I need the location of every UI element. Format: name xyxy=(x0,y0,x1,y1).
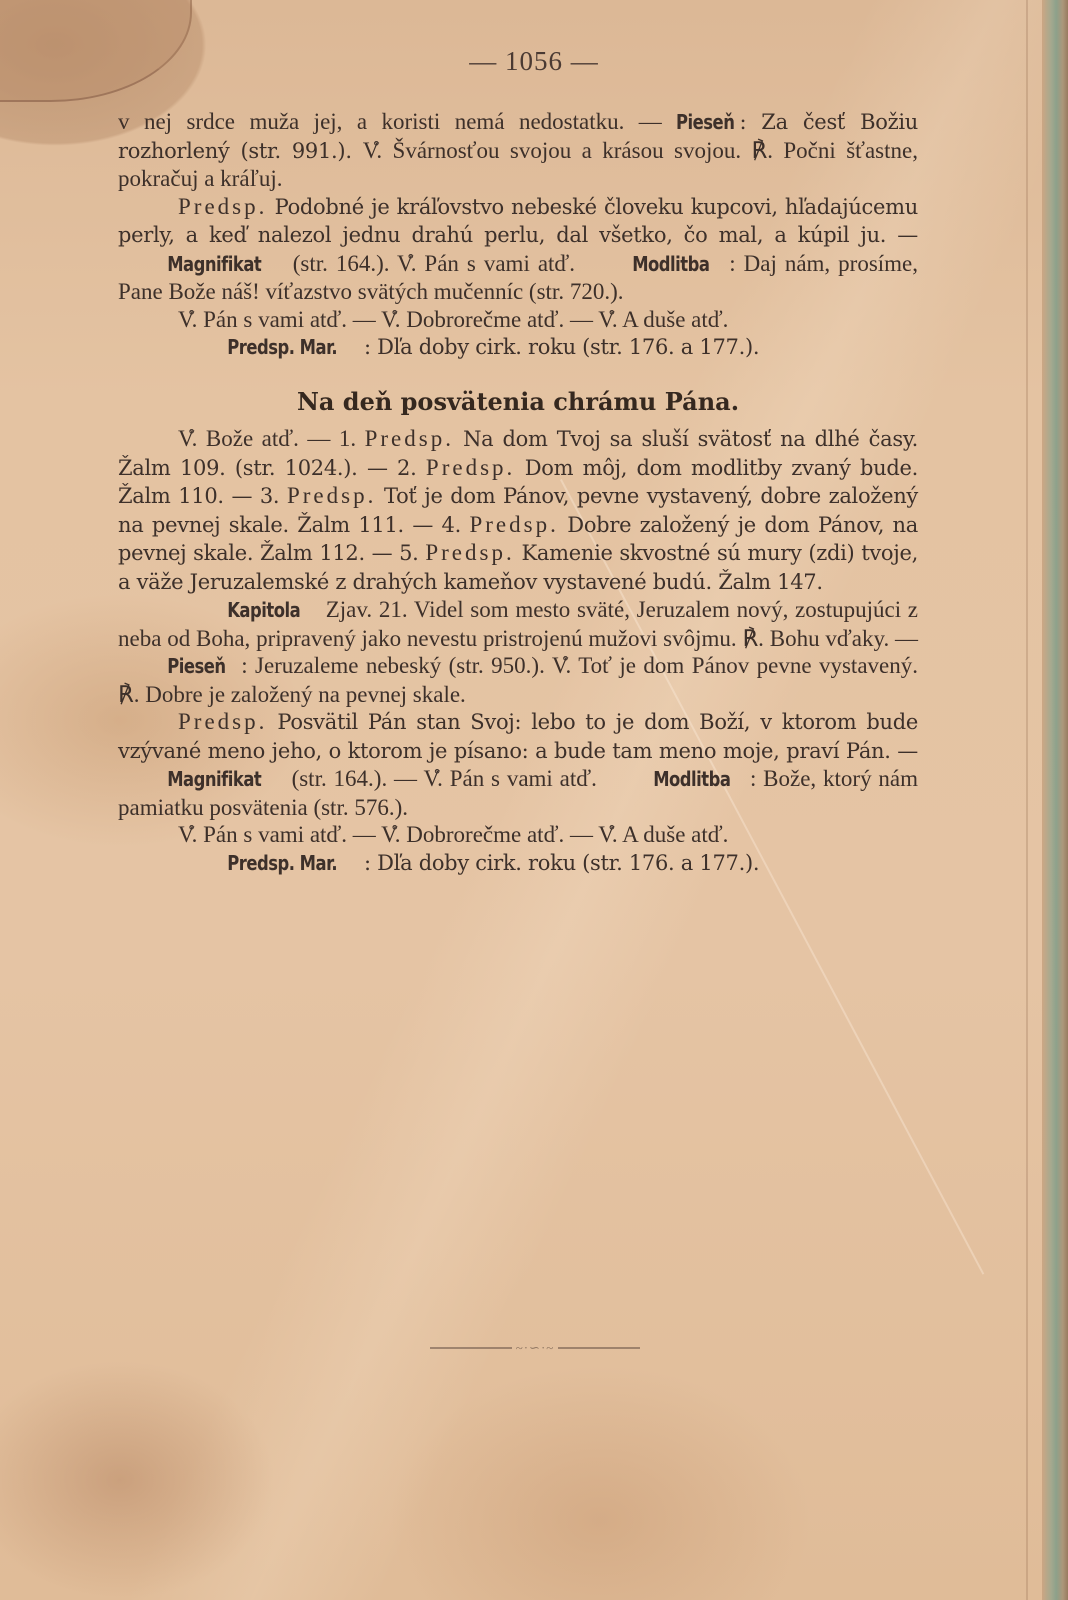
end-ornament: ~·∽·~ xyxy=(430,1342,640,1354)
ornament-flourish-icon: ~·∽·~ xyxy=(512,1340,559,1356)
label-predsp-mar: Predsp. Mar. xyxy=(178,850,337,878)
text: (str. 164.). — V̊. Pán s vami atď. xyxy=(285,766,604,791)
text: V̊. Pán s vami atď. — V̊. Dobrorečme atď… xyxy=(178,307,728,332)
text: : Jeruzaleme nebeský (str. 950.). V̊. To… xyxy=(118,653,918,707)
label-predsp-mar: Predsp. Mar. xyxy=(178,334,337,362)
text: V̊. Bože atď. — 1. xyxy=(178,426,365,451)
label-kapitola: Kapitola xyxy=(178,597,300,625)
label-predsp: Predsp. xyxy=(178,194,267,219)
paragraph-6: Kapitola Zjav. 21. Videl som mesto sväté… xyxy=(118,596,918,708)
label-magnifikat: Magnifikat xyxy=(118,766,261,794)
text: V̊. Pán s vami atď. — V̊. Dobrorečme atď… xyxy=(178,822,728,847)
ornament-rule-right xyxy=(558,1347,640,1349)
text: . Švárnosťou svojou a krásou svojou. xyxy=(376,138,751,163)
paragraph-2: Predsp. Podobné je kráľovstvo nebeské čl… xyxy=(118,193,918,306)
ornament-rule-left xyxy=(430,1347,512,1349)
paragraph-5: V̊. Bože atď. — 1. Predsp. Na dom Tvoj s… xyxy=(118,425,918,596)
paragraph-7: Predsp. Posvätil Pán stan Svoj: lebo to … xyxy=(118,708,918,821)
paragraph-9: Predsp. Mar.: Dľa doby cirk. roku (str. … xyxy=(118,849,918,878)
label-predsp: Predsp. xyxy=(365,426,454,451)
page-number: — 1056 — xyxy=(0,46,1068,77)
text: (str. 164.). V̊. Pán s vami atď. xyxy=(285,251,583,276)
label-modlitba: Modlitba xyxy=(604,766,730,794)
text: : Dľa doby cirk. roku (str. 176. a 177.)… xyxy=(364,335,759,359)
response-mark: ℟ xyxy=(752,138,768,163)
label-magnifikat: Magnifikat xyxy=(118,251,261,279)
label-predsp: Predsp. xyxy=(287,483,376,508)
section-title: Na deň posvätenia chrámu Pána. xyxy=(118,388,918,416)
label-predsp: Predsp. xyxy=(178,709,267,734)
text: : Dľa doby cirk. roku (str. 176. a 177.)… xyxy=(364,851,759,875)
page-edge-line xyxy=(1026,0,1028,1600)
book-spine-edge xyxy=(1042,0,1068,1600)
label-modlitba: Modlitba xyxy=(583,251,709,279)
paragraph-3: V̊. Pán s vami atď. — V̊. Dobrorečme atď… xyxy=(118,306,918,334)
paragraph-4: Predsp. Mar.: Dľa doby cirk. roku (str. … xyxy=(118,333,918,362)
versicle-mark: V̊ xyxy=(363,138,377,163)
label-predsp: Predsp. xyxy=(425,540,514,565)
scanned-page: — 1056 — v nej srdce muža jej, a koristi… xyxy=(0,0,1068,1600)
page-body: v nej srdce muža jej, a koristi nemá ned… xyxy=(118,108,918,877)
label-predsp: Predsp. xyxy=(469,512,558,537)
paragraph-8: V̊. Pán s vami atď. — V̊. Dobrorečme atď… xyxy=(118,821,918,849)
label-piesen: Pieseň xyxy=(676,109,734,137)
paragraph-1: v nej srdce muža jej, a koristi nemá ned… xyxy=(118,108,918,193)
text: v nej srdce muža jej, a koristi nemá ned… xyxy=(118,109,676,134)
label-predsp: Predsp. xyxy=(426,455,515,480)
label-piesen: Pieseň xyxy=(118,653,226,681)
